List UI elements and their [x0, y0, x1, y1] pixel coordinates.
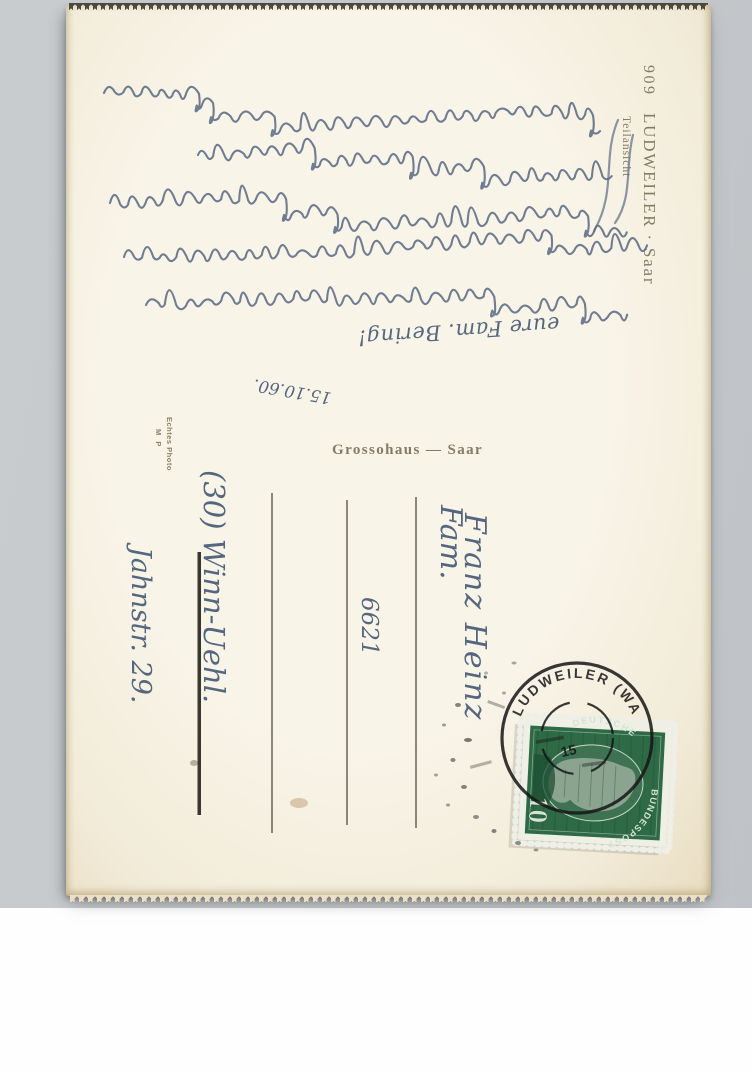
paper-stain — [290, 798, 308, 808]
address-block: Fam. Franz Heinz 6621 (30) Winn-Uehl. Ja… — [125, 470, 492, 833]
address-name: Franz Heinz — [457, 512, 492, 721]
svg-text:LUDWEILER (WA: LUDWEILER (WA — [509, 665, 645, 719]
postmark-town: LUDWEILER (WA — [509, 665, 645, 719]
center-caption: Grossohaus — Saar — [332, 442, 483, 458]
caption-title: LUDWEILER · Saar — [640, 113, 659, 285]
postcard-back: 909 LUDWEILER · Saar Teilansicht Grossoh… — [66, 5, 711, 896]
publisher-imprint: Echtes Photo M P — [154, 417, 174, 471]
publisher-line2: M P — [154, 429, 163, 448]
caption-number: 909 — [640, 65, 657, 97]
scanner-background-lower — [0, 908, 752, 1072]
address-street: Jahnstr. 29. — [125, 542, 156, 703]
side-caption: 909 LUDWEILER · Saar Teilansicht — [620, 65, 659, 285]
address-code: 6621 — [356, 597, 382, 656]
address-city: (30) Winn-Uehl. — [197, 470, 231, 703]
flourish-stroke — [594, 120, 618, 231]
message-closing: eure Fam. Bering! — [357, 312, 561, 350]
publisher-line1: Echtes Photo — [165, 417, 174, 471]
handwritten-message: eure Fam. Bering! 15.10.60. — [104, 53, 648, 408]
message-date: 15.10.60. — [252, 375, 333, 407]
stamp-value: 10 — [523, 795, 554, 824]
paper-stain — [190, 760, 198, 766]
postcard-content: 909 LUDWEILER · Saar Teilansicht Grossoh… — [66, 5, 711, 896]
